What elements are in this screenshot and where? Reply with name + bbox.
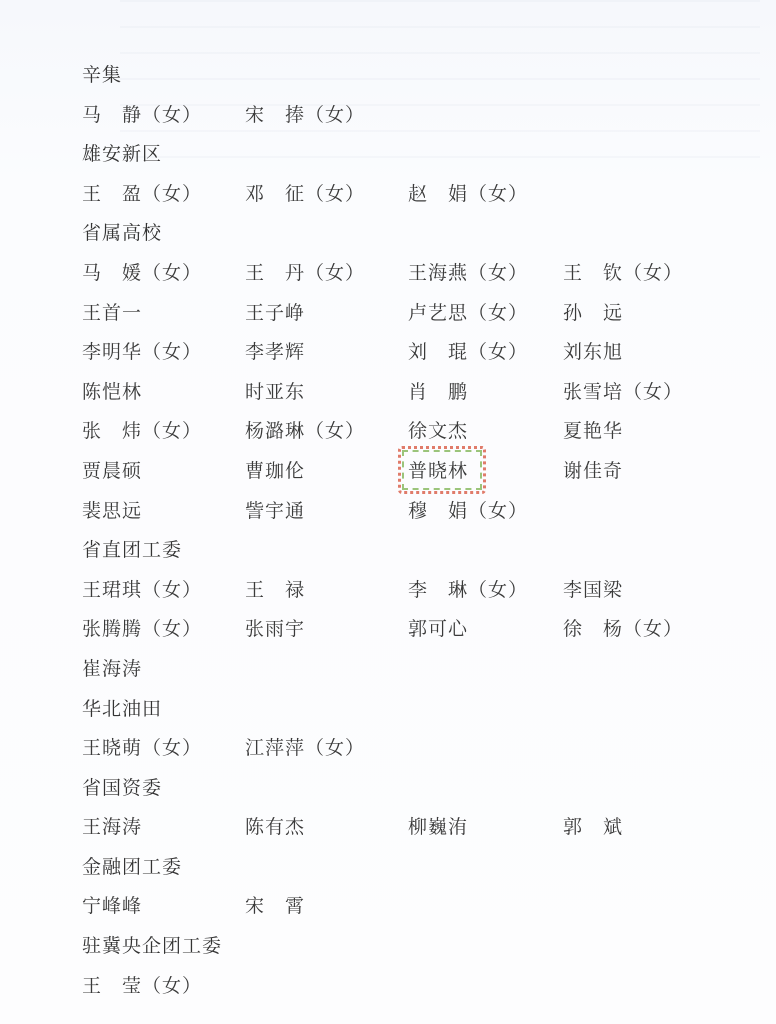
highlighted-name-entry: 普晓林	[408, 452, 468, 492]
name-entry: 王子峥	[245, 294, 305, 334]
name-entry: 李明华（女）	[82, 333, 202, 373]
name-entry: 曹珈伦	[245, 452, 305, 492]
name-row: 马 媛（女） 王 丹（女） 王海燕（女） 王 钦（女）	[82, 254, 742, 294]
section-heading: 省属高校	[82, 214, 742, 254]
name-row: 张 炜（女） 杨潞琳（女） 徐文杰 夏艳华	[82, 412, 742, 452]
name-entry: 王首一	[82, 294, 142, 334]
name-entry: 夏艳华	[563, 412, 623, 452]
section-heading: 金融团工委	[82, 848, 742, 888]
name-entry: 王 禄	[245, 571, 305, 611]
name-row: 陈恺林 时亚东 肖 鹏 张雪培（女）	[82, 373, 742, 413]
name-entry: 王 莹（女）	[82, 967, 202, 1007]
name-entry: 邓 征（女）	[245, 175, 365, 215]
section-heading: 辛集	[82, 56, 742, 96]
name-entry: 谢佳奇	[563, 452, 623, 492]
name-entry: 张 炜（女）	[82, 412, 202, 452]
name-entry: 张雨宇	[245, 610, 305, 650]
name-row: 王珺琪（女） 王 禄 李 琳（女） 李国梁	[82, 571, 742, 611]
name-entry: 时亚东	[245, 373, 305, 413]
name-entry: 陈有杰	[245, 808, 305, 848]
name-entry: 王海涛	[82, 808, 142, 848]
section-heading: 省直团工委	[82, 531, 742, 571]
name-row: 裴思远 訾宇通 穆 娟（女）	[82, 492, 742, 532]
name-entry: 赵 娟（女）	[408, 175, 528, 215]
name-row: 王 莹（女）	[82, 967, 742, 1007]
name-entry: 刘 琨（女）	[408, 333, 528, 373]
name-entry: 刘东旭	[563, 333, 623, 373]
name-entry: 柳巍洧	[408, 808, 468, 848]
name-row: 王海涛 陈有杰 柳巍洧 郭 斌	[82, 808, 742, 848]
name-entry: 王 钦（女）	[563, 254, 683, 294]
name-row: 贾晨硕 曹珈伦 普晓林 谢佳奇	[82, 452, 742, 492]
name-entry: 陈恺林	[82, 373, 142, 413]
name-entry: 卢艺思（女）	[408, 294, 528, 334]
name-entry: 肖 鹏	[408, 373, 468, 413]
name-entry: 王珺琪（女）	[82, 571, 202, 611]
name-entry: 裴思远	[82, 492, 142, 532]
name-entry: 江萍萍（女）	[245, 729, 365, 769]
name-entry: 王 盈（女）	[82, 175, 202, 215]
section-heading: 华北油田	[82, 690, 742, 730]
name-entry: 马 媛（女）	[82, 254, 202, 294]
section-heading: 雄安新区	[82, 135, 742, 175]
section-heading: 驻冀央企团工委	[82, 927, 742, 967]
section-heading: 省国资委	[82, 769, 742, 809]
name-entry: 张腾腾（女）	[82, 610, 202, 650]
name-row: 宁峰峰 宋 霄	[82, 887, 742, 927]
name-entry: 杨潞琳（女）	[245, 412, 365, 452]
name-row: 王 盈（女） 邓 征（女） 赵 娟（女）	[82, 175, 742, 215]
name-entry: 崔海涛	[82, 650, 142, 690]
name-row: 王晓萌（女） 江萍萍（女）	[82, 729, 742, 769]
name-row: 王首一 王子峥 卢艺思（女） 孙 远	[82, 294, 742, 334]
name-entry: 李孝辉	[245, 333, 305, 373]
name-entry: 郭 斌	[563, 808, 623, 848]
name-row: 李明华（女） 李孝辉 刘 琨（女） 刘东旭	[82, 333, 742, 373]
name-row: 马 静（女） 宋 捧（女）	[82, 96, 742, 136]
name-row: 张腾腾（女） 张雨宇 郭可心 徐 杨（女）	[82, 610, 742, 650]
name-row: 崔海涛	[82, 650, 742, 690]
name-entry: 贾晨硕	[82, 452, 142, 492]
name-entry: 李国梁	[563, 571, 623, 611]
name-entry: 郭可心	[408, 610, 468, 650]
name-entry: 宁峰峰	[82, 887, 142, 927]
document-page: 辛集 马 静（女） 宋 捧（女） 雄安新区 王 盈（女） 邓 征（女） 赵 娟（…	[0, 0, 776, 1024]
name-entry: 宋 捧（女）	[245, 96, 365, 136]
name-entry: 王海燕（女）	[408, 254, 528, 294]
name-entry: 徐文杰	[408, 412, 468, 452]
name-entry: 王 丹（女）	[245, 254, 365, 294]
name-entry: 张雪培（女）	[563, 373, 683, 413]
name-entry: 訾宇通	[245, 492, 305, 532]
name-entry: 李 琳（女）	[408, 571, 528, 611]
name-entry: 孙 远	[563, 294, 623, 334]
name-entry: 王晓萌（女）	[82, 729, 202, 769]
name-entry: 宋 霄	[245, 887, 305, 927]
name-entry: 徐 杨（女）	[563, 610, 683, 650]
name-entry: 穆 娟（女）	[408, 492, 528, 532]
name-entry: 马 静（女）	[82, 96, 202, 136]
name-list: 辛集 马 静（女） 宋 捧（女） 雄安新区 王 盈（女） 邓 征（女） 赵 娟（…	[82, 56, 742, 1006]
